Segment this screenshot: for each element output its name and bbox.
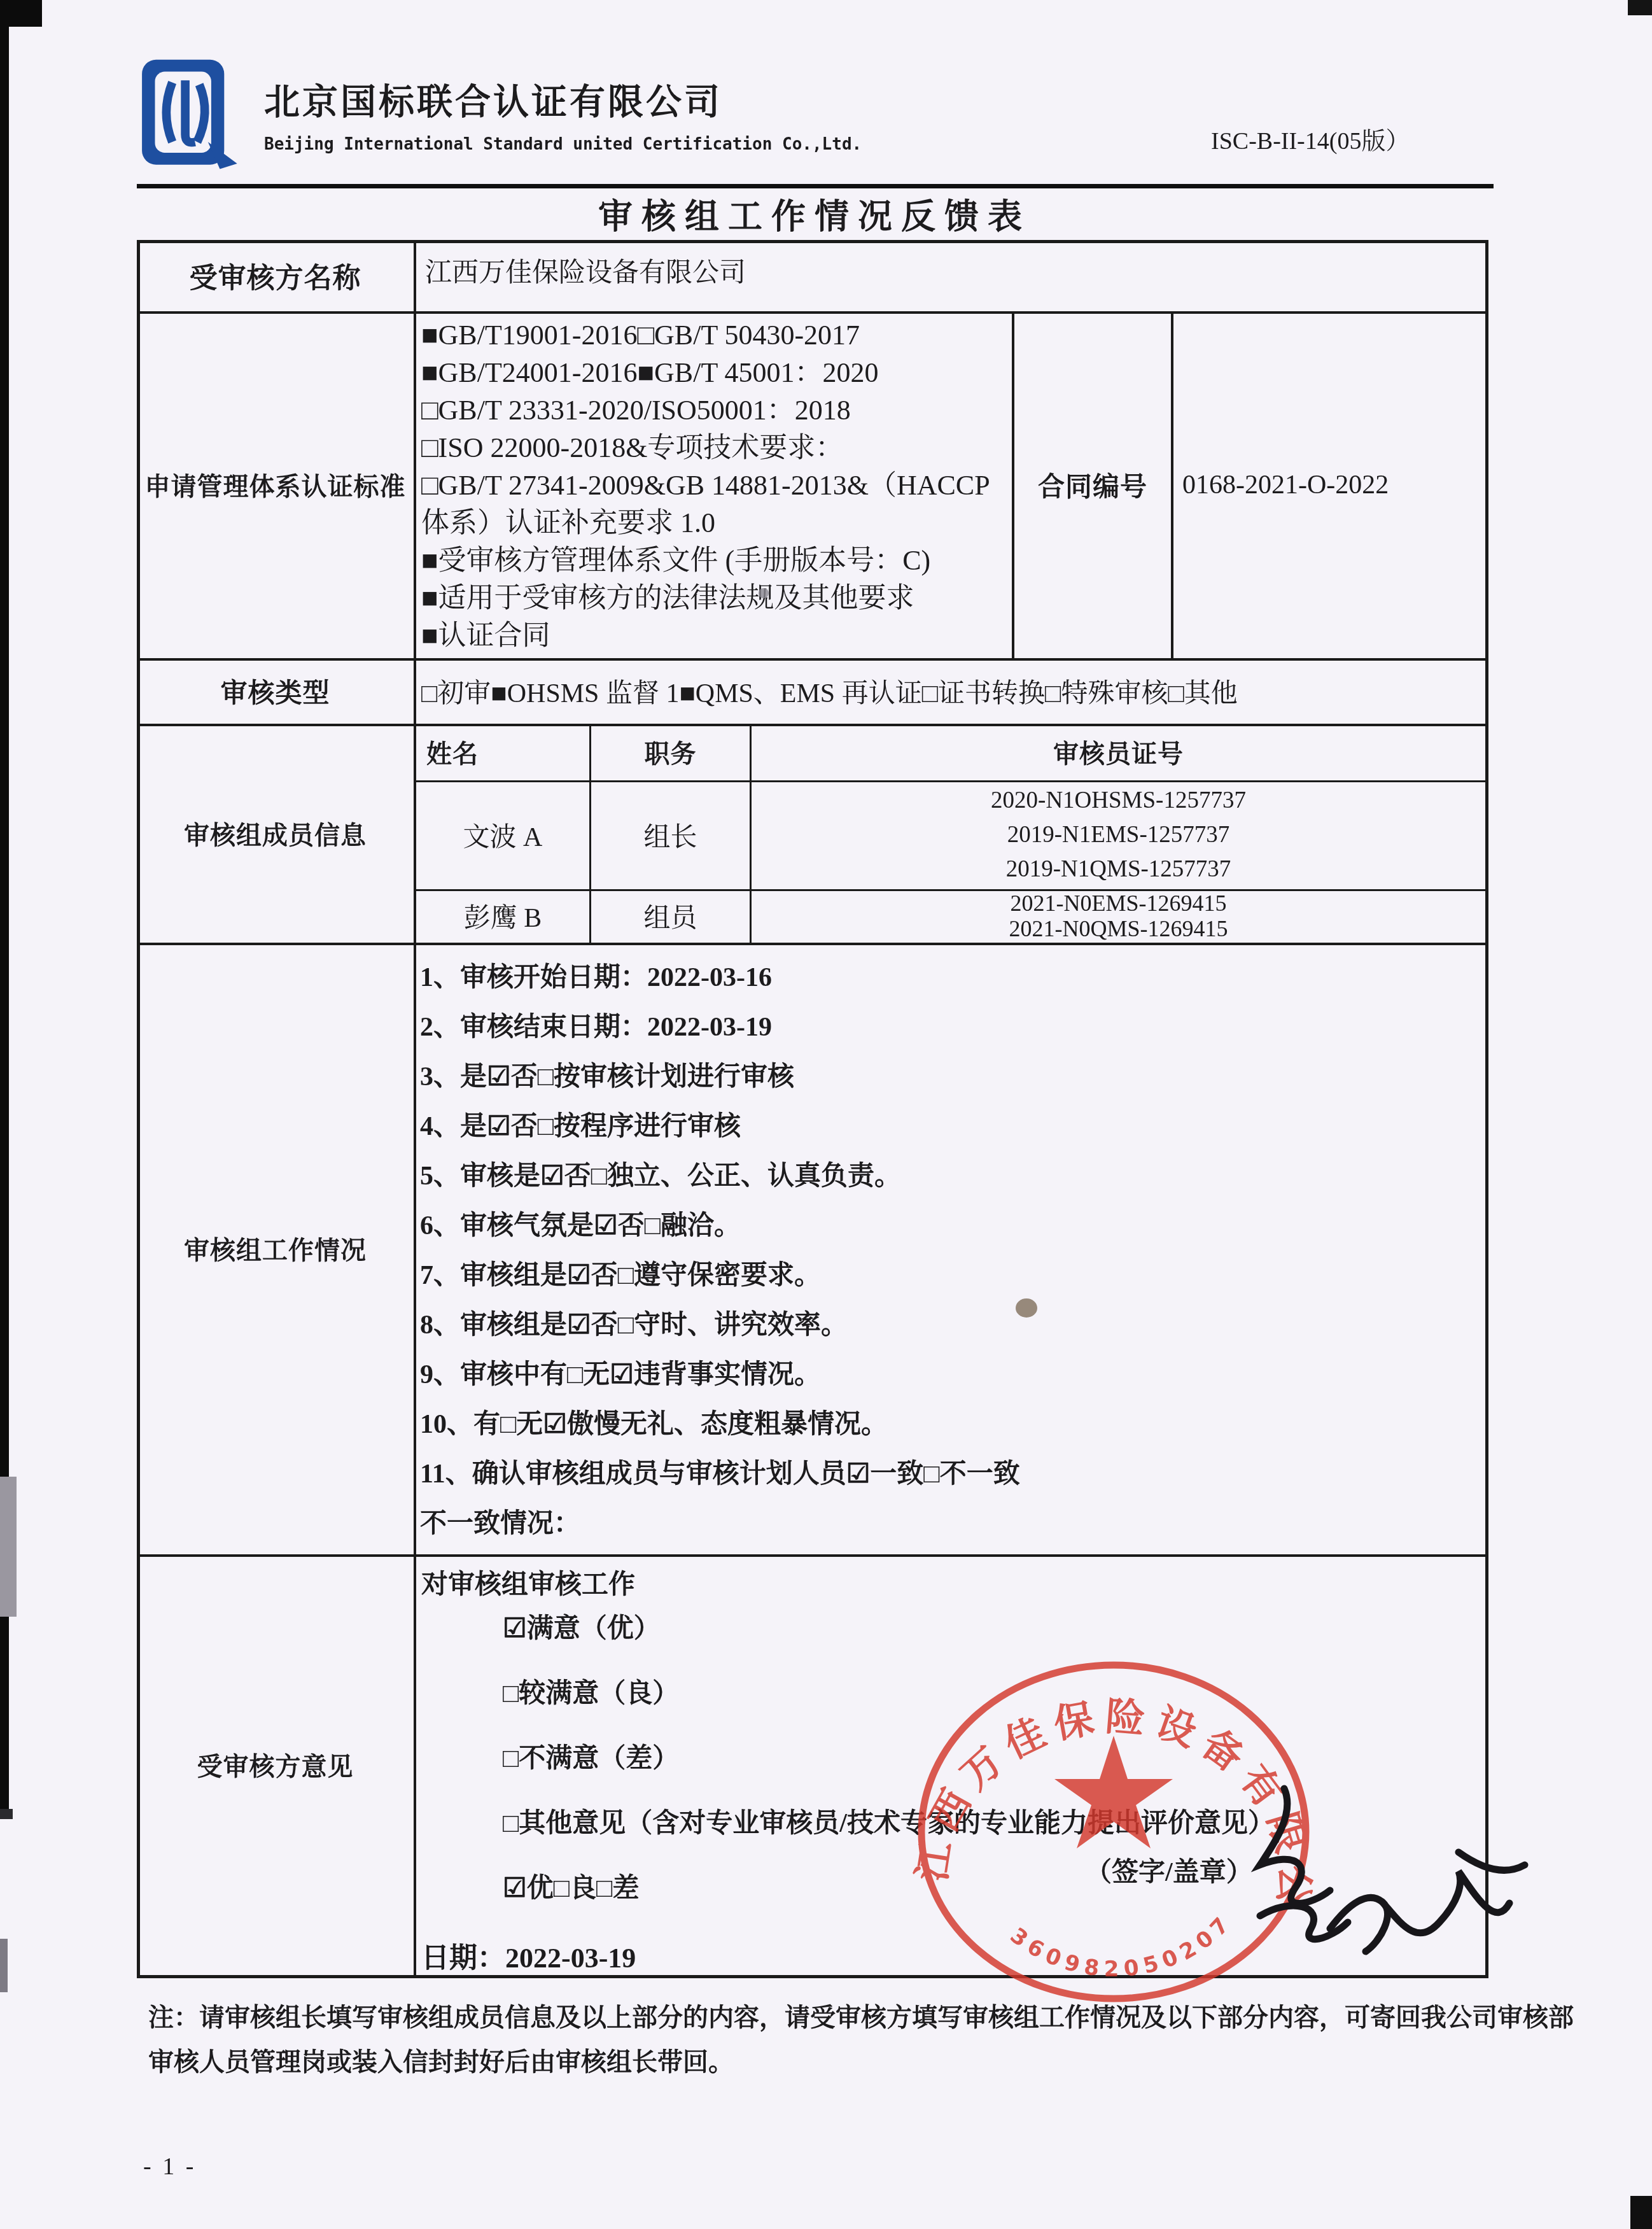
contract-label: 合同编号 xyxy=(1038,466,1147,504)
scan-smudge xyxy=(0,1477,17,1617)
company-name-cn: 北京国标联合认证有限公司 xyxy=(264,74,722,125)
scanned-document-page: 北京国标联合认证有限公司 Beijing International Stand… xyxy=(0,0,1652,2229)
standard-line: ■受审核方管理体系文件 (手册版本号：C) xyxy=(421,542,990,579)
header-rule xyxy=(137,184,1494,188)
work-item: 2、审核结束日期：2022-03-19 xyxy=(420,1002,1020,1052)
work-item: 不一致情况： xyxy=(420,1499,1020,1549)
members-header-role-label: 职务 xyxy=(645,734,697,770)
standards-list: ■GB/T19001-2016□GB/T 50430-2017 ■GB/T240… xyxy=(421,316,990,654)
opinion-label: 受审核方意见 xyxy=(197,1747,354,1783)
footer-note-line: 审核人员管理岗或装入信封封好后由审核组长带回。 xyxy=(148,2040,1574,2085)
members-header-cert: 审核员证号 xyxy=(752,724,1485,780)
member-row-name: 彭鹰 B xyxy=(416,889,589,943)
members-header-name: 姓名 xyxy=(416,724,589,780)
work-item: 4、是☑否□按程序进行审核 xyxy=(420,1102,1020,1151)
work-item: 3、是☑否□按审核计划进行审核 xyxy=(420,1052,1020,1102)
standard-line: □GB/T 27341-2009&GB 14881-2013&（HACCP xyxy=(421,467,990,504)
members-header-name-label: 姓名 xyxy=(426,734,479,770)
member-cert: 2021-N0EMS-1269415 xyxy=(1011,890,1227,916)
audit-type-label-cell: 审核类型 xyxy=(137,658,414,724)
work-item: 7、审核组是☑否□遵守保密要求。 xyxy=(420,1251,1020,1300)
members-header-cert-label: 审核员证号 xyxy=(1053,734,1184,770)
member-row-name: 文波 A xyxy=(416,780,589,889)
scan-dot xyxy=(759,588,769,598)
standard-line: 体系）认证补充要求 1.0 xyxy=(421,504,990,542)
page-number: - 1 - xyxy=(143,2153,196,2181)
standard-line: □GB/T 23331-2020/ISO50001：2018 xyxy=(421,391,990,429)
scan-smudge xyxy=(1016,1298,1037,1318)
signature-icon xyxy=(1235,1769,1540,1973)
table-border-right xyxy=(1485,240,1488,1978)
member-row-certs: 2020-N1OHSMS-1257737 2019-N1EMS-1257737 … xyxy=(752,780,1485,889)
footer-note-line: 注：请审核组长填写审核组成员信息及以上部分的内容，请受审核方填写审核组工作情况及… xyxy=(148,1995,1574,2040)
member-cert: 2019-N1QMS-1257737 xyxy=(1006,852,1231,887)
work-item: 6、审核气氛是☑否□融洽。 xyxy=(420,1201,1020,1251)
member-row-role: 组员 xyxy=(591,889,750,943)
standard-line: ■GB/T24001-2016■GB/T 45001：2020 xyxy=(421,354,990,391)
auditee-label-cell: 受审核方名称 xyxy=(137,240,414,311)
audit-type-value: □初审■OHSMS 监督 1■QMS、EMS 再认证□证书转换□特殊审核□其他 xyxy=(421,672,1238,710)
standards-label-cell: 申请管理体系认证标准 xyxy=(137,311,414,658)
contract-no-cell: 0168-2021-O-2022 xyxy=(1173,311,1485,658)
contract-no: 0168-2021-O-2022 xyxy=(1182,470,1389,500)
auditee-label: 受审核方名称 xyxy=(190,255,361,296)
work-item: 8、审核组是☑否□守时、讲究效率。 xyxy=(420,1300,1020,1350)
scan-corner-artifact xyxy=(0,0,42,27)
work-item: 1、审核开始日期：2022-03-16 xyxy=(420,953,1020,1002)
auditee-name: 江西万佳保险设备有限公司 xyxy=(425,251,746,290)
page-title: 审核组工作情况反馈表 xyxy=(137,190,1492,239)
work-item: 9、审核中有□无☑违背事实情况。 xyxy=(420,1350,1020,1400)
member-row-role: 组长 xyxy=(591,780,750,889)
scan-edge-artifact xyxy=(0,1809,13,1819)
company-logo-icon xyxy=(139,57,247,169)
standard-line: ■认证合同 xyxy=(421,617,990,654)
company-name-en: Beijing International Standard united Ce… xyxy=(264,135,862,154)
standard-line: ■GB/T19001-2016□GB/T 50430-2017 xyxy=(421,316,990,354)
audit-type-value-cell: □初审■OHSMS 监督 1■QMS、EMS 再认证□证书转换□特殊审核□其他 xyxy=(421,658,1484,724)
form-code: ISC-B-II-14(05版） xyxy=(1211,121,1410,156)
work-item: 11、确认审核组成员与审核计划人员☑一致□不一致 xyxy=(420,1449,1020,1499)
member-cert: 2021-N0QMS-1269415 xyxy=(1009,916,1228,941)
work-item: 5、审核是☑否□独立、公正、认真负责。 xyxy=(420,1151,1020,1201)
table-line xyxy=(414,240,416,1975)
members-label: 审核组成员信息 xyxy=(184,815,367,852)
members-label-cell: 审核组成员信息 xyxy=(137,724,414,943)
member-row-certs: 2021-N0EMS-1269415 2021-N0QMS-1269415 xyxy=(752,889,1485,943)
scan-smudge xyxy=(0,1939,8,1992)
member-name: 文波 A xyxy=(463,816,543,854)
contract-label-cell: 合同编号 xyxy=(1014,311,1171,658)
scan-corner-artifact xyxy=(1630,2196,1652,2229)
member-role: 组长 xyxy=(643,816,697,854)
opinion-label-cell: 受审核方意见 xyxy=(137,1554,414,1975)
member-name: 彭鹰 B xyxy=(464,897,542,935)
work-label: 审核组工作情况 xyxy=(184,1230,367,1267)
standard-line: ■适用于受审核方的法律法规及其他要求 xyxy=(421,579,990,617)
standards-label: 申请管理体系认证标准 xyxy=(145,467,406,503)
member-cert: 2019-N1EMS-1257737 xyxy=(1007,818,1229,852)
work-item: 10、有□无☑傲慢无礼、态度粗暴情况。 xyxy=(420,1400,1020,1449)
date-line: 日期：2022-03-19 xyxy=(421,1935,636,1976)
footer-note: 注：请审核组长填写审核组成员信息及以上部分的内容，请受审核方填写审核组工作情况及… xyxy=(148,1995,1574,2085)
standard-line: □ISO 22000-2018&专项技术要求： xyxy=(421,429,990,467)
audit-type-label: 审核类型 xyxy=(220,672,330,710)
member-role: 组员 xyxy=(643,897,697,935)
members-header-role: 职务 xyxy=(591,724,750,780)
signature xyxy=(1235,1769,1540,1973)
work-label-cell: 审核组工作情况 xyxy=(137,943,414,1554)
opinion-heading: 对审核组审核工作 xyxy=(421,1563,635,1601)
company-logo xyxy=(139,57,247,169)
scan-corner-artifact xyxy=(1628,0,1652,15)
member-cert: 2020-N1OHSMS-1257737 xyxy=(991,784,1246,818)
work-items: 1、审核开始日期：2022-03-16 2、审核结束日期：2022-03-19 … xyxy=(420,953,1020,1549)
